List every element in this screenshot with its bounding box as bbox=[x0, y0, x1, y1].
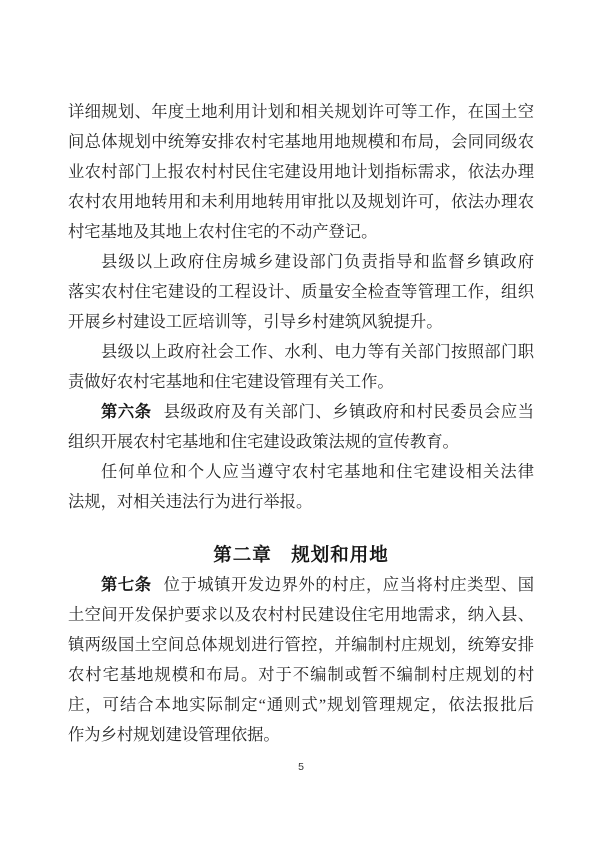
paragraph-planning-duties: 详细规划、年度土地利用计划和相关规划许可等工作，在国土空 间总体规划中统筹安排农… bbox=[68, 97, 534, 247]
text-line: 农村农用地转用和未利用地转用审批以及规划许可，依法办理农 bbox=[68, 187, 534, 217]
page-number: 5 bbox=[68, 761, 534, 773]
text-line: 村宅基地及其地上农村住宅的不动产登记。 bbox=[68, 217, 534, 247]
paragraph-article-6: 第六条县级政府及有关部门、乡镇政府和村民委员会应当 组织开展农村宅基地和住宅建设… bbox=[68, 397, 534, 457]
article-7-number: 第七条 bbox=[101, 576, 152, 594]
text-line: 业农村部门上报农村村民住宅建设用地计划指标需求，依法办理 bbox=[68, 157, 534, 187]
text-line: 庄，可结合本地实际制定“通则式”规划管理规定，依法报批后 bbox=[68, 690, 534, 720]
text-line: 任何单位和个人应当遵守农村宅基地和住宅建设相关法律 bbox=[68, 457, 534, 487]
article-6-number: 第六条 bbox=[101, 403, 152, 421]
text-line: 土空间开发保护要求以及农村村民建设住宅用地需求，纳入县、 bbox=[68, 600, 534, 630]
article-6-text: 县级政府及有关部门、乡镇政府和村民委员会应当 bbox=[164, 402, 534, 421]
document-page: 详细规划、年度土地利用计划和相关规划许可等工作，在国土空 间总体规划中统筹安排农… bbox=[0, 0, 600, 848]
text-line: 县级以上政府社会工作、水利、电力等有关部门按照部门职 bbox=[68, 337, 534, 367]
chapter-heading: 第二章 规划和用地 bbox=[68, 540, 534, 570]
paragraph-other-depts: 县级以上政府社会工作、水利、电力等有关部门按照部门职 责做好农村宅基地和住宅建设… bbox=[68, 337, 534, 397]
text-line: 农村宅基地规模和布局。对于不编制或暂不编制村庄规划的村 bbox=[68, 660, 534, 690]
paragraph-compliance: 任何单位和个人应当遵守农村宅基地和住宅建设相关法律 法规，对相关违法行为进行举报… bbox=[68, 457, 534, 517]
text-line: 组织开展农村宅基地和住宅建设政策法规的宣传教育。 bbox=[68, 427, 534, 457]
text-line: 开展乡村建设工匠培训等，引导乡村建筑风貌提升。 bbox=[68, 307, 534, 337]
text-line: 法规，对相关违法行为进行举报。 bbox=[68, 487, 534, 517]
text-line: 间总体规划中统筹安排农村宅基地用地规模和布局，会同同级农 bbox=[68, 127, 534, 157]
text-block: 详细规划、年度土地利用计划和相关规划许可等工作，在国土空 间总体规划中统筹安排农… bbox=[68, 97, 534, 773]
text-line: 第七条位于城镇开发边界外的村庄，应当将村庄类型、国 bbox=[68, 570, 534, 600]
text-line: 作为乡村规划建设管理依据。 bbox=[68, 720, 534, 750]
paragraph-article-7: 第七条位于城镇开发边界外的村庄，应当将村庄类型、国 土空间开发保护要求以及农村村… bbox=[68, 570, 534, 750]
text-line: 镇两级国土空间总体规划进行管控，并编制村庄规划，统筹安排 bbox=[68, 630, 534, 660]
text-line: 详细规划、年度土地利用计划和相关规划许可等工作，在国土空 bbox=[68, 97, 534, 127]
text-line: 责做好农村宅基地和住宅建设管理有关工作。 bbox=[68, 367, 534, 397]
text-line: 第六条县级政府及有关部门、乡镇政府和村民委员会应当 bbox=[68, 397, 534, 427]
text-line: 落实农村住宅建设的工程设计、质量安全检查等管理工作，组织 bbox=[68, 277, 534, 307]
article-7-text: 位于城镇开发边界外的村庄，应当将村庄类型、国 bbox=[164, 575, 534, 594]
text-line: 县级以上政府住房城乡建设部门负责指导和监督乡镇政府 bbox=[68, 247, 534, 277]
paragraph-housing-dept: 县级以上政府住房城乡建设部门负责指导和监督乡镇政府 落实农村住宅建设的工程设计、… bbox=[68, 247, 534, 337]
